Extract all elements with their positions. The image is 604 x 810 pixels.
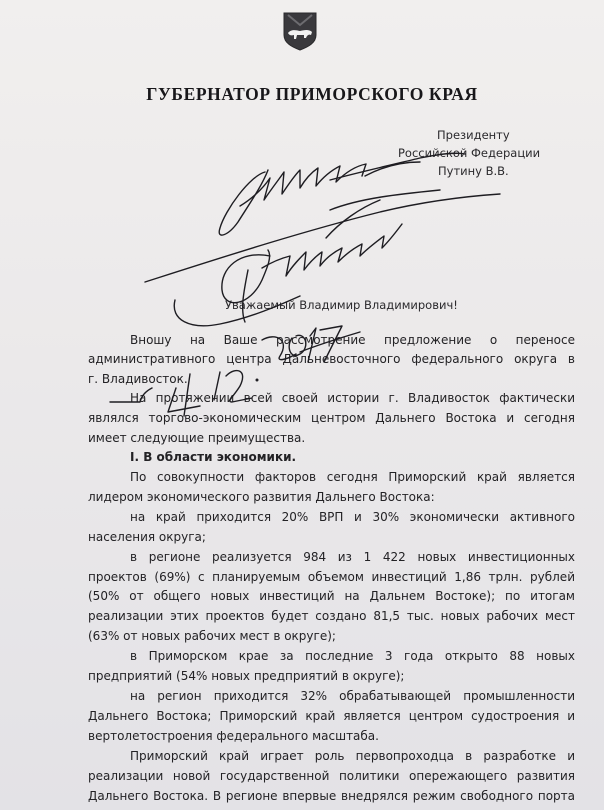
body-line: в Приморском крае за последние 3 года от… [130,649,575,663]
body-line: Дальнего Востока; Приморский край являет… [88,709,575,723]
body-line: вертолетостроения федерального масштаба. [88,729,575,743]
letter-page: ГУБЕРНАТОР ПРИМОРСКОГО КРАЯ Президенту Р… [0,0,604,810]
body-line: г. Владивосток. [88,372,575,386]
body-line: На протяжении всей своей истории г. Влад… [130,391,575,405]
body-line: населения округа; [88,530,575,544]
addressee-line-3: Путину В.В. [438,164,509,178]
body-line: на регион приходится 32% обрабатывающей … [130,689,575,703]
body-line: имеет следующие преимущества. [88,431,575,445]
body-line: Вношу на Ваше рассмотрение предложение о… [130,333,575,347]
body-line: (63% от новых рабочих мест в округе); [88,629,575,643]
addressee-line-1: Президенту [437,128,510,142]
section-heading: I. В области экономики. [130,450,575,464]
body-line: По совокупности факторов сегодня Приморс… [130,470,575,484]
body-line: реализации этих проектов будет создано 8… [88,609,575,623]
salutation: Уважаемый Владимир Владимирович! [225,298,458,312]
body-line: Дальнего Востока. В регионе впервые внед… [88,789,575,803]
letterhead-title: ГУБЕРНАТОР ПРИМОРСКОГО КРАЯ [0,84,604,105]
body-line: проектов (69%) с планируемым объемом инв… [88,570,575,584]
body-line: в регионе реализуется 984 из 1 422 новых… [130,550,575,564]
resolution-handwriting [219,153,465,235]
body-line: предприятий (54% новых предприятий в окр… [88,669,575,683]
primorsky-coat-of-arms-icon [282,11,318,51]
body-line: реализации новой государственной политик… [88,769,575,783]
addressee-line-2: Российской Федерации [398,146,540,160]
body-line: административного центра Дальневосточног… [88,352,575,366]
body-line: (50% от общего новых инвестиций на Дальн… [88,589,575,603]
body-line: лидером экономического развития Дальнего… [88,490,575,504]
signature-stroke [145,194,500,282]
body-line: являлся торгово-экономическим центром Да… [88,411,575,425]
body-line: на край приходится 20% ВРП и 30% экономи… [130,510,575,524]
body-line: Приморский край играет роль первопроходц… [130,749,575,763]
